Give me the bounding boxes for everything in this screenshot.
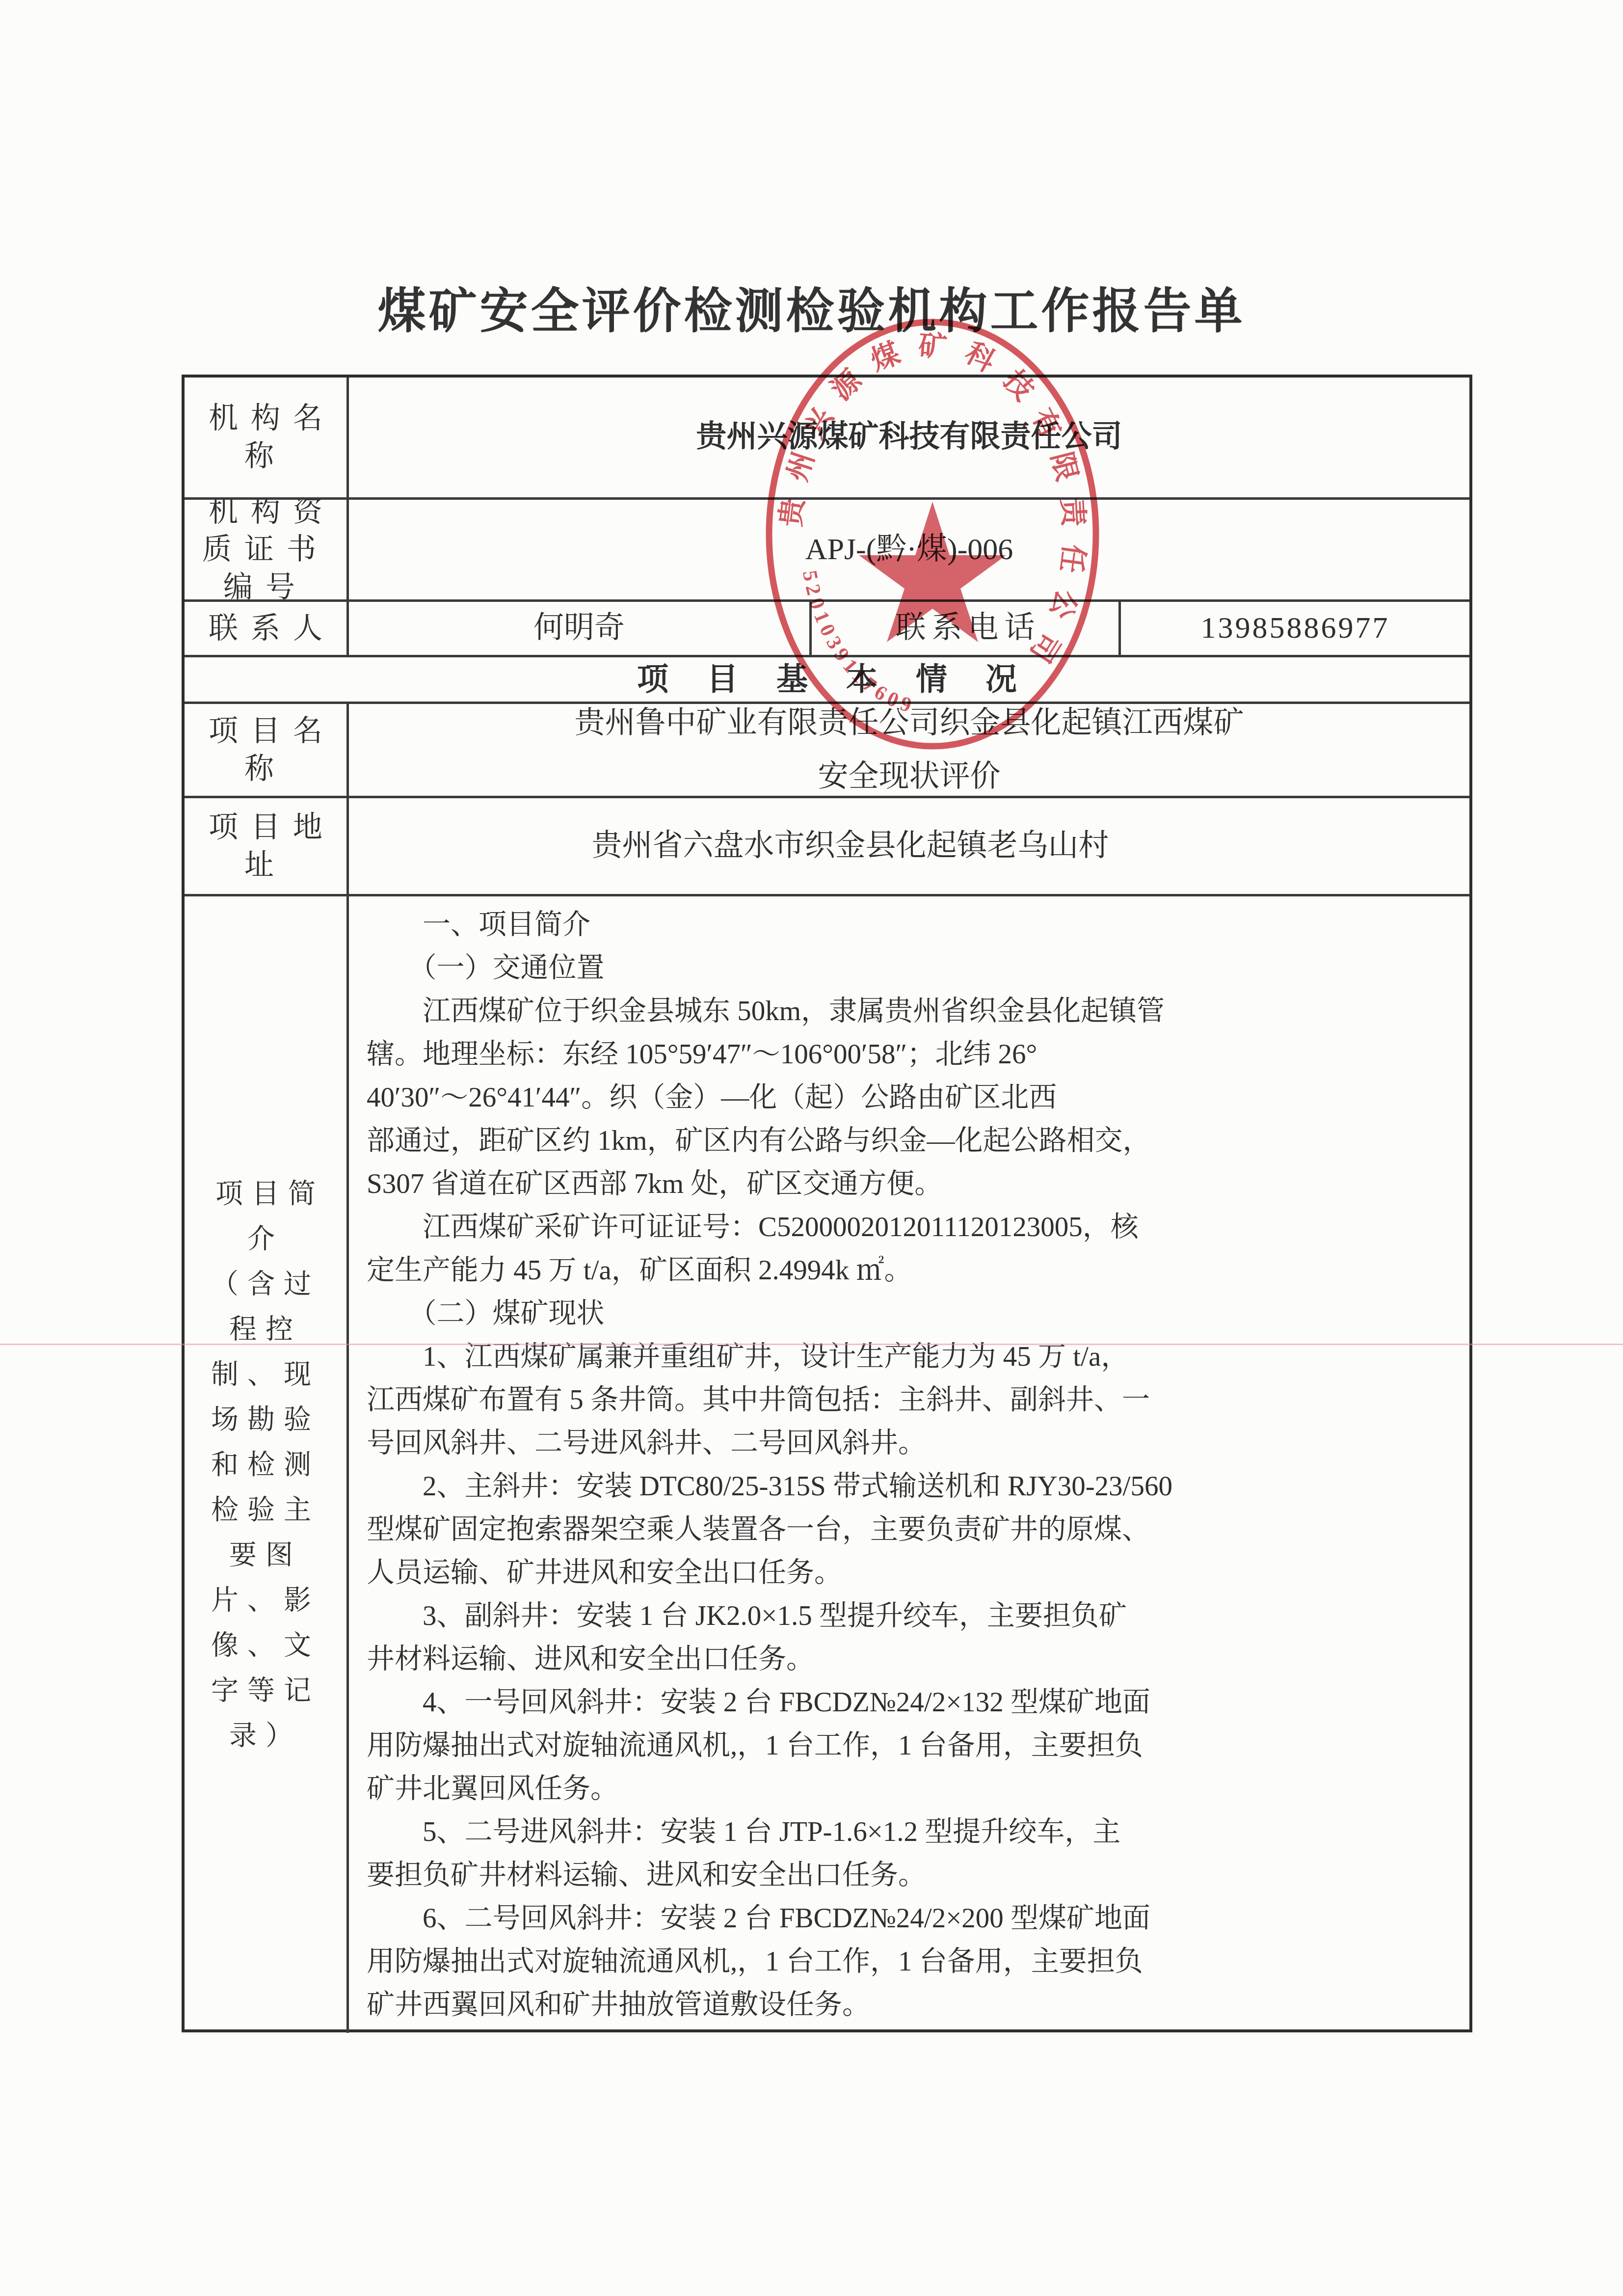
project-intro-text: 一、项目简介 （一）交通位置 江西煤矿位于织金县城东 50km，隶属贵州省织金县… (349, 896, 1190, 2033)
contact-label: 联系人 (185, 602, 349, 655)
seal-star-icon (859, 502, 1006, 642)
project-address-value: 贵州省六盘水市织金县化起镇老乌山村 (349, 798, 1469, 894)
row-project-address: 项目地 址 贵州省六盘水市织金县化起镇老乌山村 (185, 798, 1469, 896)
row-project-intro: 项目简 介 （含过 程控 制、现 场勘验 和检测 检验主 要图 片、影 像、文 … (185, 896, 1469, 2033)
scanned-report-page: 煤矿安全评价检测检验机构工作报告单 机构名 称 贵州兴源煤矿科技有限责任公司 机… (0, 0, 1623, 2296)
project-name-label: 项目名 称 (185, 704, 349, 796)
scan-artifact-line (0, 1344, 1623, 1345)
project-intro-label: 项目简 介 （含过 程控 制、现 场勘验 和检测 检验主 要图 片、影 像、文 … (185, 896, 349, 2033)
project-address-label: 项目地 址 (185, 798, 349, 894)
company-seal: 贵州兴源煤矿科技有限责任公司 5201039117609 (726, 295, 1144, 776)
seal-serial-arc-text: 5201039117609 (798, 568, 918, 718)
cert-number-label: 机构资 质证书 编号 (185, 500, 349, 599)
contact-phone-value: 13985886977 (1121, 602, 1469, 655)
org-name-label: 机构名 称 (185, 378, 349, 497)
